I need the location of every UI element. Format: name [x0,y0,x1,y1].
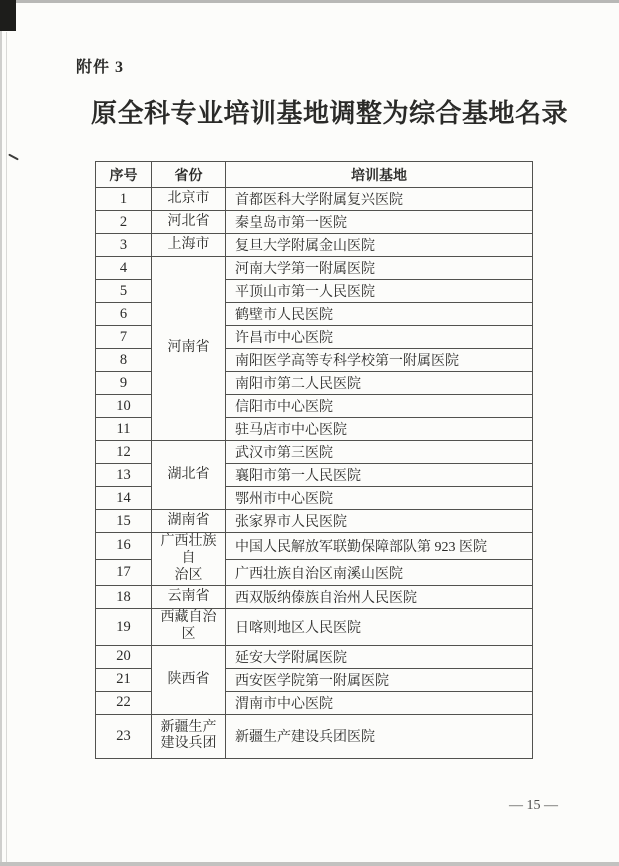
serial-number-cell: 18 [96,586,152,609]
serial-number-cell: 21 [96,668,152,691]
training-base-cell: 延安大学附属医院 [226,645,533,668]
serial-number-cell: 23 [96,714,152,758]
province-cell: 广西壮族自 治区 [152,533,226,586]
training-base-cell: 许昌市中心医院 [226,326,533,349]
pen-mark-artifact [8,154,19,161]
table-row: 4河南省河南大学第一附属医院 [96,257,533,280]
training-base-cell: 渭南市中心医院 [226,691,533,714]
table-header-row: 序号 省份 培训基地 [96,162,533,188]
table-row: 23新疆生产 建设兵团新疆生产建设兵团医院 [96,714,533,758]
serial-number-cell: 16 [96,533,152,560]
roster-body: 1北京市首都医科大学附属复兴医院2河北省秦皇岛市第一医院3上海市复旦大学附属金山… [96,188,533,759]
serial-number-cell: 19 [96,609,152,646]
attachment-label: 附件 3 [76,54,124,77]
training-base-cell: 河南大学第一附属医院 [226,257,533,280]
training-base-cell: 中国人民解放军联勤保障部队第 923 医院 [226,533,533,560]
serial-number-cell: 6 [96,303,152,326]
training-base-cell: 张家界市人民医院 [226,510,533,533]
province-cell: 云南省 [152,586,226,609]
training-base-cell: 鄂州市中心医院 [226,487,533,510]
training-base-cell: 南阳市第二人民医院 [226,372,533,395]
training-base-cell: 新疆生产建设兵团医院 [226,714,533,758]
serial-number-cell: 17 [96,559,152,586]
serial-number-cell: 7 [96,326,152,349]
province-cell: 西藏自治区 [152,609,226,646]
training-base-cell: 西安医学院第一附属医院 [226,668,533,691]
training-base-table: 序号 省份 培训基地 1北京市首都医科大学附属复兴医院2河北省秦皇岛市第一医院3… [95,161,533,759]
province-cell: 陕西省 [152,645,226,714]
serial-number-cell: 11 [96,418,152,441]
province-cell: 河北省 [152,211,226,234]
serial-number-cell: 4 [96,257,152,280]
training-base-cell: 鹤壁市人民医院 [226,303,533,326]
serial-number-cell: 10 [96,395,152,418]
serial-number-cell: 20 [96,645,152,668]
header-province: 省份 [152,162,226,188]
province-cell: 河南省 [152,257,226,441]
table-row: 18云南省西双版纳傣族自治州人民医院 [96,586,533,609]
training-base-cell: 秦皇岛市第一医院 [226,211,533,234]
serial-number-cell: 14 [96,487,152,510]
training-base-cell: 驻马店市中心医院 [226,418,533,441]
province-cell: 北京市 [152,188,226,211]
table-row: 3上海市复旦大学附属金山医院 [96,234,533,257]
training-base-cell: 武汉市第三医院 [226,441,533,464]
table-row: 15湖南省张家界市人民医院 [96,510,533,533]
serial-number-cell: 5 [96,280,152,303]
table-row: 1北京市首都医科大学附属复兴医院 [96,188,533,211]
scan-edge-bottom [0,862,619,866]
scan-corner-artifact [0,0,16,31]
scan-fold-line [6,32,7,862]
training-base-cell: 首都医科大学附属复兴医院 [226,188,533,211]
serial-number-cell: 9 [96,372,152,395]
training-base-cell: 日喀则地区人民医院 [226,609,533,646]
province-cell: 湖北省 [152,441,226,510]
serial-number-cell: 1 [96,188,152,211]
serial-number-cell: 12 [96,441,152,464]
table-row: 19西藏自治区日喀则地区人民医院 [96,609,533,646]
training-base-cell: 西双版纳傣族自治州人民医院 [226,586,533,609]
province-cell: 湖南省 [152,510,226,533]
serial-number-cell: 3 [96,234,152,257]
training-base-cell: 南阳医学高等专科学校第一附属医院 [226,349,533,372]
table-row: 12湖北省武汉市第三医院 [96,441,533,464]
serial-number-cell: 13 [96,464,152,487]
province-cell: 上海市 [152,234,226,257]
training-base-cell: 平顶山市第一人民医院 [226,280,533,303]
header-serial-number: 序号 [96,162,152,188]
table-row: 16广西壮族自 治区中国人民解放军联勤保障部队第 923 医院 [96,533,533,560]
table-row: 2河北省秦皇岛市第一医院 [96,211,533,234]
scan-edge-left [0,0,2,866]
training-base-cell: 信阳市中心医院 [226,395,533,418]
serial-number-cell: 22 [96,691,152,714]
serial-number-cell: 15 [96,510,152,533]
document-title: 原全科专业培训基地调整为综合基地名录 [91,93,536,130]
province-cell: 新疆生产 建设兵团 [152,714,226,758]
scanned-document-page: 附件 3 原全科专业培训基地调整为综合基地名录 序号 省份 培训基地 1北京市首… [0,0,619,866]
training-base-cell: 襄阳市第一人民医院 [226,464,533,487]
page-number: — 15 — [0,798,558,814]
training-base-cell: 广西壮族自治区南溪山医院 [226,559,533,586]
scan-edge-top [0,0,619,3]
table-row: 20陕西省延安大学附属医院 [96,645,533,668]
serial-number-cell: 2 [96,211,152,234]
training-base-cell: 复旦大学附属金山医院 [226,234,533,257]
serial-number-cell: 8 [96,349,152,372]
header-training-base: 培训基地 [226,162,533,188]
